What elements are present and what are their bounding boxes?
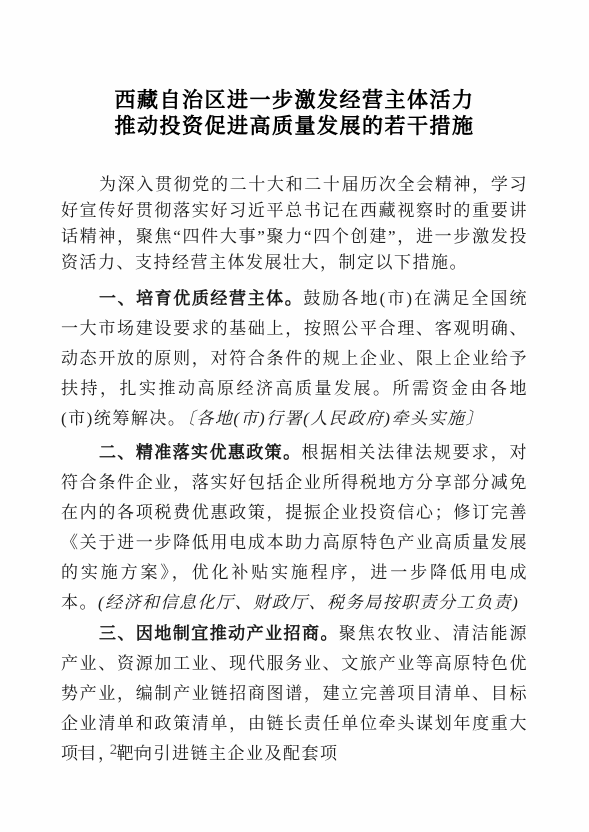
document-title-line-1: 西藏自治区进一步激发经营主体活力 [0, 88, 589, 114]
paragraph-text: 为深入贯彻党的二十大和二十届历次全会精神，学习好宣传好贯彻落实好习近平总书记在西… [61, 175, 528, 272]
paragraph-note: (经济和信息化厅、财政厅、税务局按职责分工负责) [98, 593, 519, 612]
document-page: 西藏自治区进一步激发经营主体活力 推动投资促进高质量发展的若干措施 为深入贯彻党… [0, 0, 589, 832]
document-title: 西藏自治区进一步激发经营主体活力 推动投资促进高质量发展的若干措施 [0, 88, 589, 140]
page-number: — 2 — [78, 740, 151, 760]
paragraph-item-1: 一、培育优质经营主体。鼓励各地(市)在满足全国统一大市场建设要求的基础上，按照公… [61, 284, 528, 434]
paragraph-note: 〔各地(市)行署(人民政府)牵头实施〕 [186, 409, 484, 428]
page-number-text: — 2 — [78, 742, 151, 758]
paragraph-item-2: 二、精准落实优惠政策。根据相关法律法规要求，对符合条件企业，落实好包括企业所得税… [61, 438, 528, 618]
paragraph-lead: 二、精准落实优惠政策。 [99, 443, 302, 462]
document-title-line-2: 推动投资促进高质量发展的若干措施 [0, 114, 589, 140]
document-body: 为深入贯彻党的二十大和二十届历次全会精神，学习好宣传好贯彻落实好习近平总书记在西… [61, 172, 528, 769]
paragraph-lead: 一、培育优质经营主体。 [99, 289, 303, 308]
paragraph-intro: 为深入贯彻党的二十大和二十届历次全会精神，学习好宣传好贯彻落实好习近平总书记在西… [61, 172, 528, 276]
paragraph-lead: 三、因地制宜推动产业招商。 [99, 624, 339, 643]
paragraph-text: 鼓励各地(市)在满足全国统一大市场建设要求的基础上，按照公平合理、客观明确、动态… [61, 289, 528, 428]
paragraph-text: 根据相关法律法规要求，对符合条件企业，落实好包括企业所得税地方分享部分减免在内的… [61, 443, 528, 612]
